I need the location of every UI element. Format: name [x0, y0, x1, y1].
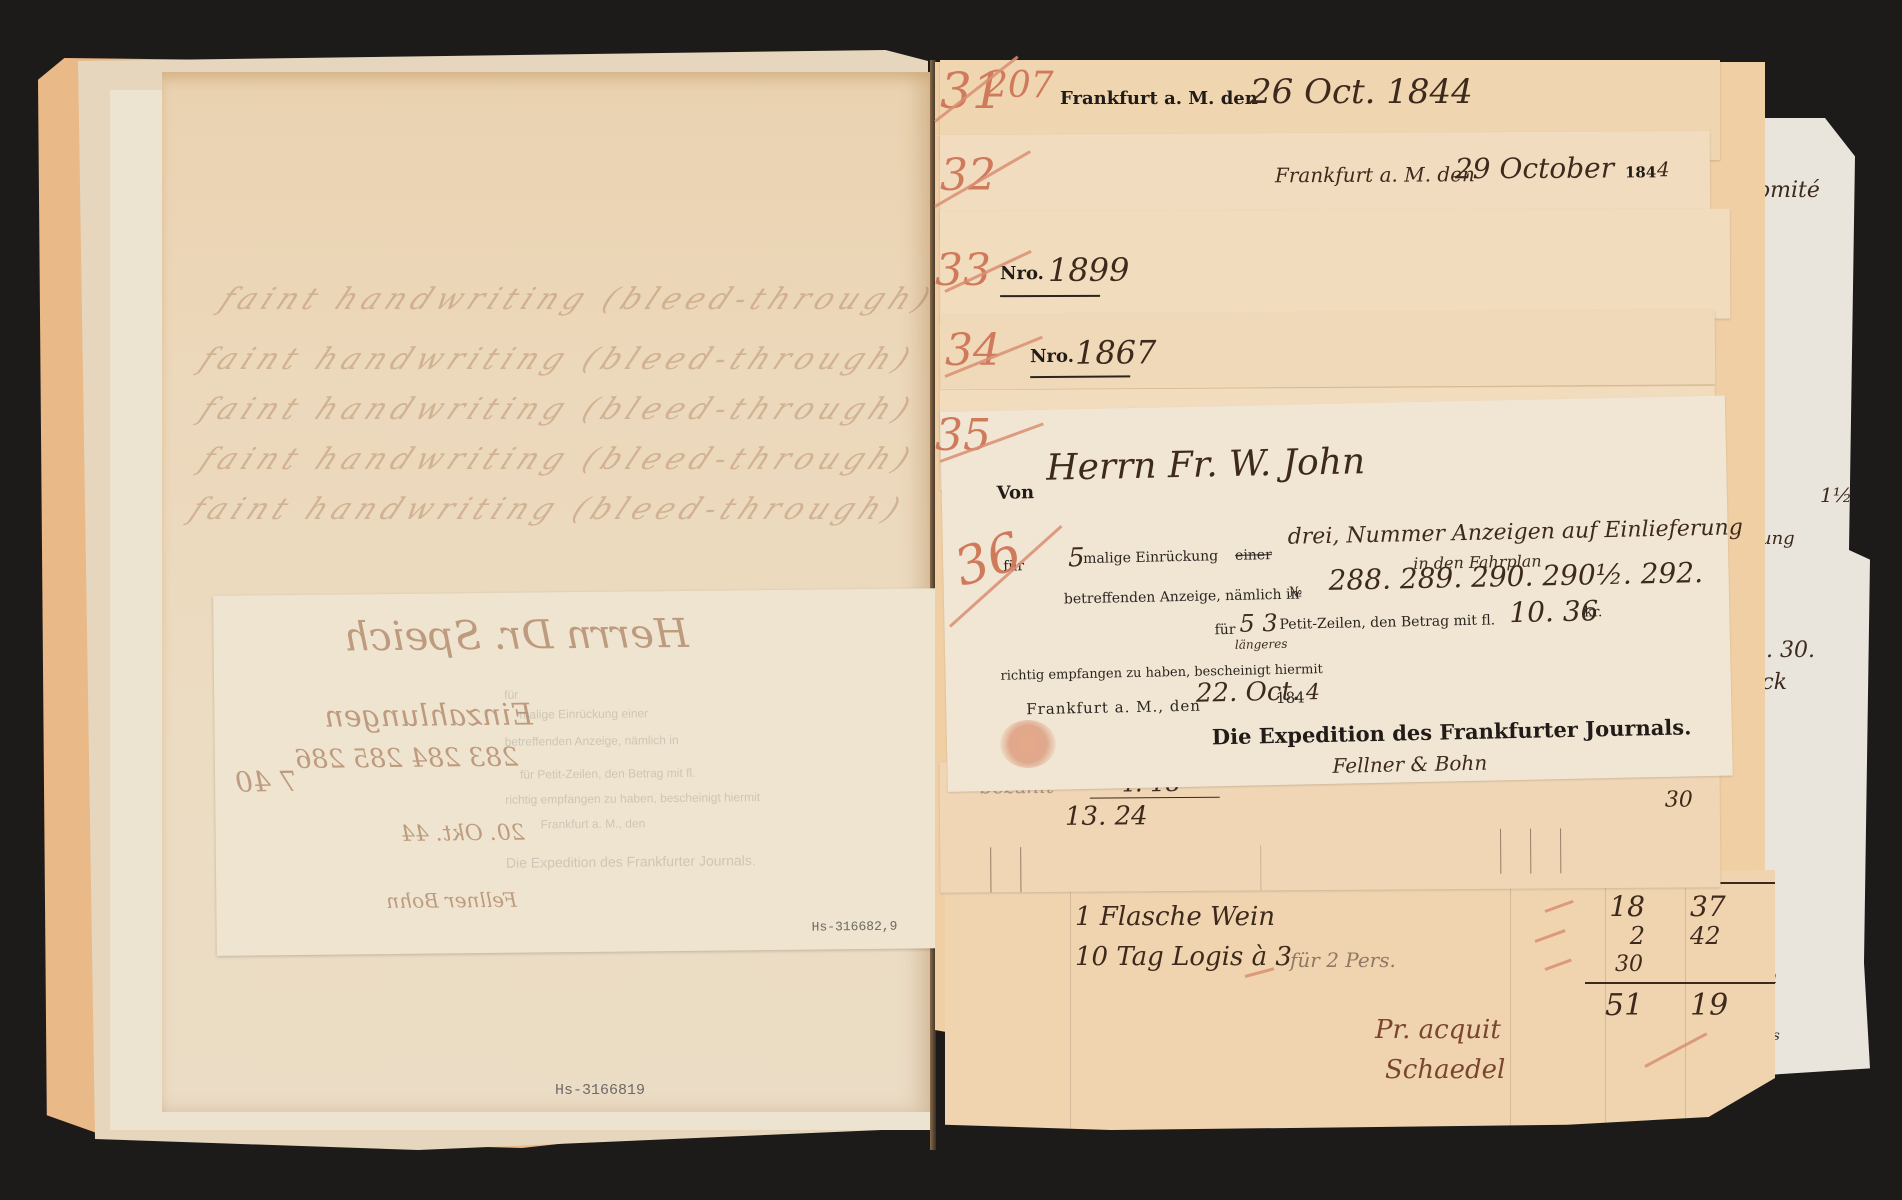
nro-label: Nro. [1000, 263, 1044, 284]
ghost-print: für [504, 688, 518, 702]
city-print: Frankfurt a. M., den [1026, 697, 1201, 719]
wax-seal-stain [1000, 720, 1056, 768]
year-print: 184 [1625, 163, 1656, 181]
ghost-print: malige Einrückung einer [519, 706, 648, 721]
bill-signature: Schaedel [1385, 1055, 1505, 1085]
line1-handwritten: drei, Nummer Anzeigen auf Einlieferung [1287, 515, 1743, 550]
bill-fl: 2 [1585, 922, 1645, 950]
red-sequence-number: 33 [935, 245, 991, 296]
von-label: Von [996, 482, 1034, 504]
bleed-through-line: faint handwriting (bleed-through) [194, 442, 922, 477]
from-handwritten: Herrn Fr. W. John [1046, 441, 1366, 489]
year-handwritten: 4 [1657, 157, 1670, 181]
bill-total-kr: 19 [1690, 988, 1728, 1023]
red-sequence-number: 34 [945, 325, 1001, 376]
line3-print: Petit-Zeilen, den Betrag mit fl. [1279, 612, 1495, 633]
letter-fragment: 1½ [1820, 483, 1852, 507]
bill-kr: 37 [1690, 890, 1726, 923]
letter-fragment: ung [1760, 528, 1795, 549]
issue-numbers: 288. 289. 290. 290½. 292. [1328, 556, 1703, 597]
bill-item-note: für 2 Pers. [1290, 948, 1396, 972]
ghost-print: Die Expedition des Frankfurter Journals. [506, 852, 756, 871]
bill-kr: 42 [1690, 922, 1721, 950]
receipt-number: 1867 [1075, 333, 1157, 372]
catalog-number-overlay: Hs-316682,9 [812, 919, 898, 935]
bill-kr: 30 [1615, 952, 1643, 977]
place-print: Frankfurt a. M. den [1060, 88, 1258, 109]
right-column-value: 30 [1665, 787, 1693, 812]
line1-print: malige Einrückung [1083, 548, 1218, 567]
line1-struck: einer [1235, 547, 1272, 564]
ghost-print: Frankfurt a. M., den [540, 816, 645, 831]
amount-unit: kr. [1584, 604, 1602, 620]
line2-print: betreffenden Anzeige, nämlich in [1064, 587, 1300, 608]
bleed-through-line: faint handwriting (bleed-through) [214, 282, 942, 317]
ghost-print: richtig empfangen zu haben, bescheinigt … [505, 790, 760, 807]
receipt-note: Pr. acquit [1375, 1015, 1501, 1045]
receipt-33: Nro. 1899 [940, 209, 1730, 322]
signature: Fellner & Bohn [1332, 751, 1487, 778]
lines-handwritten: 5 3 [1239, 609, 1278, 638]
lines-insert: längeres [1235, 637, 1288, 652]
mirror-line: Einzahlungen [324, 698, 533, 735]
nro-symbol: № [1289, 584, 1303, 600]
ghost-print: betreffenden Anzeige, nämlich in [505, 733, 679, 749]
bill-fl: 18 [1585, 890, 1645, 923]
place-print: Frankfurt a. M. den [1275, 162, 1475, 187]
year-print: 184 [1276, 688, 1305, 707]
bleed-through-line: faint handwriting (bleed-through) [184, 492, 912, 527]
ghost-print: für Petit-Zeilen, den Betrag mit fl. [520, 766, 696, 782]
bill-item: 1 Flasche Wein [1075, 902, 1275, 932]
mirror-amount: 7 40 [235, 765, 298, 799]
amount: 13. 24 [1065, 801, 1148, 832]
mirror-numbers: 283 284 285 286 [295, 743, 519, 775]
date-handwritten: 26 Oct. 1844 [1250, 72, 1473, 112]
mirror-name: Herrn Dr. Speich [343, 611, 689, 661]
nro-label: Nro. [1030, 346, 1074, 367]
receipt-36-frankfurter-journal: Von Herrn Fr. W. John für 5 malige Einrü… [940, 396, 1733, 792]
hotel-bill: 1 Flasche Wein 10 Tag Logis à 3 für 2 Pe… [945, 870, 1775, 1130]
receipt-34: Nro. 1867 [940, 309, 1716, 389]
receipt-number: 1899 [1048, 251, 1130, 289]
year-handwritten: 4 [1306, 680, 1321, 705]
catalog-number: Hs-3166819 [555, 1082, 645, 1099]
mirror-date: 20. Okt. 44 [401, 821, 525, 847]
issuer-print: Die Expedition des Frankfurter Journals. [1212, 714, 1692, 749]
bill-item: 10 Tag Logis à 3 [1075, 942, 1292, 972]
bleed-through-line: faint handwriting (bleed-through) [194, 342, 922, 377]
line3-prefix: für [1214, 622, 1235, 638]
date-handwritten: 29 October [1455, 151, 1614, 185]
small-receipt-reverse: Herrn Dr. Speich Einzahlungen 283 284 28… [213, 588, 952, 956]
mirror-signature: Fellner Bohn [386, 888, 517, 913]
bill-total-fl: 51 [1605, 988, 1643, 1023]
bleed-through-line: faint handwriting (bleed-through) [194, 392, 922, 427]
